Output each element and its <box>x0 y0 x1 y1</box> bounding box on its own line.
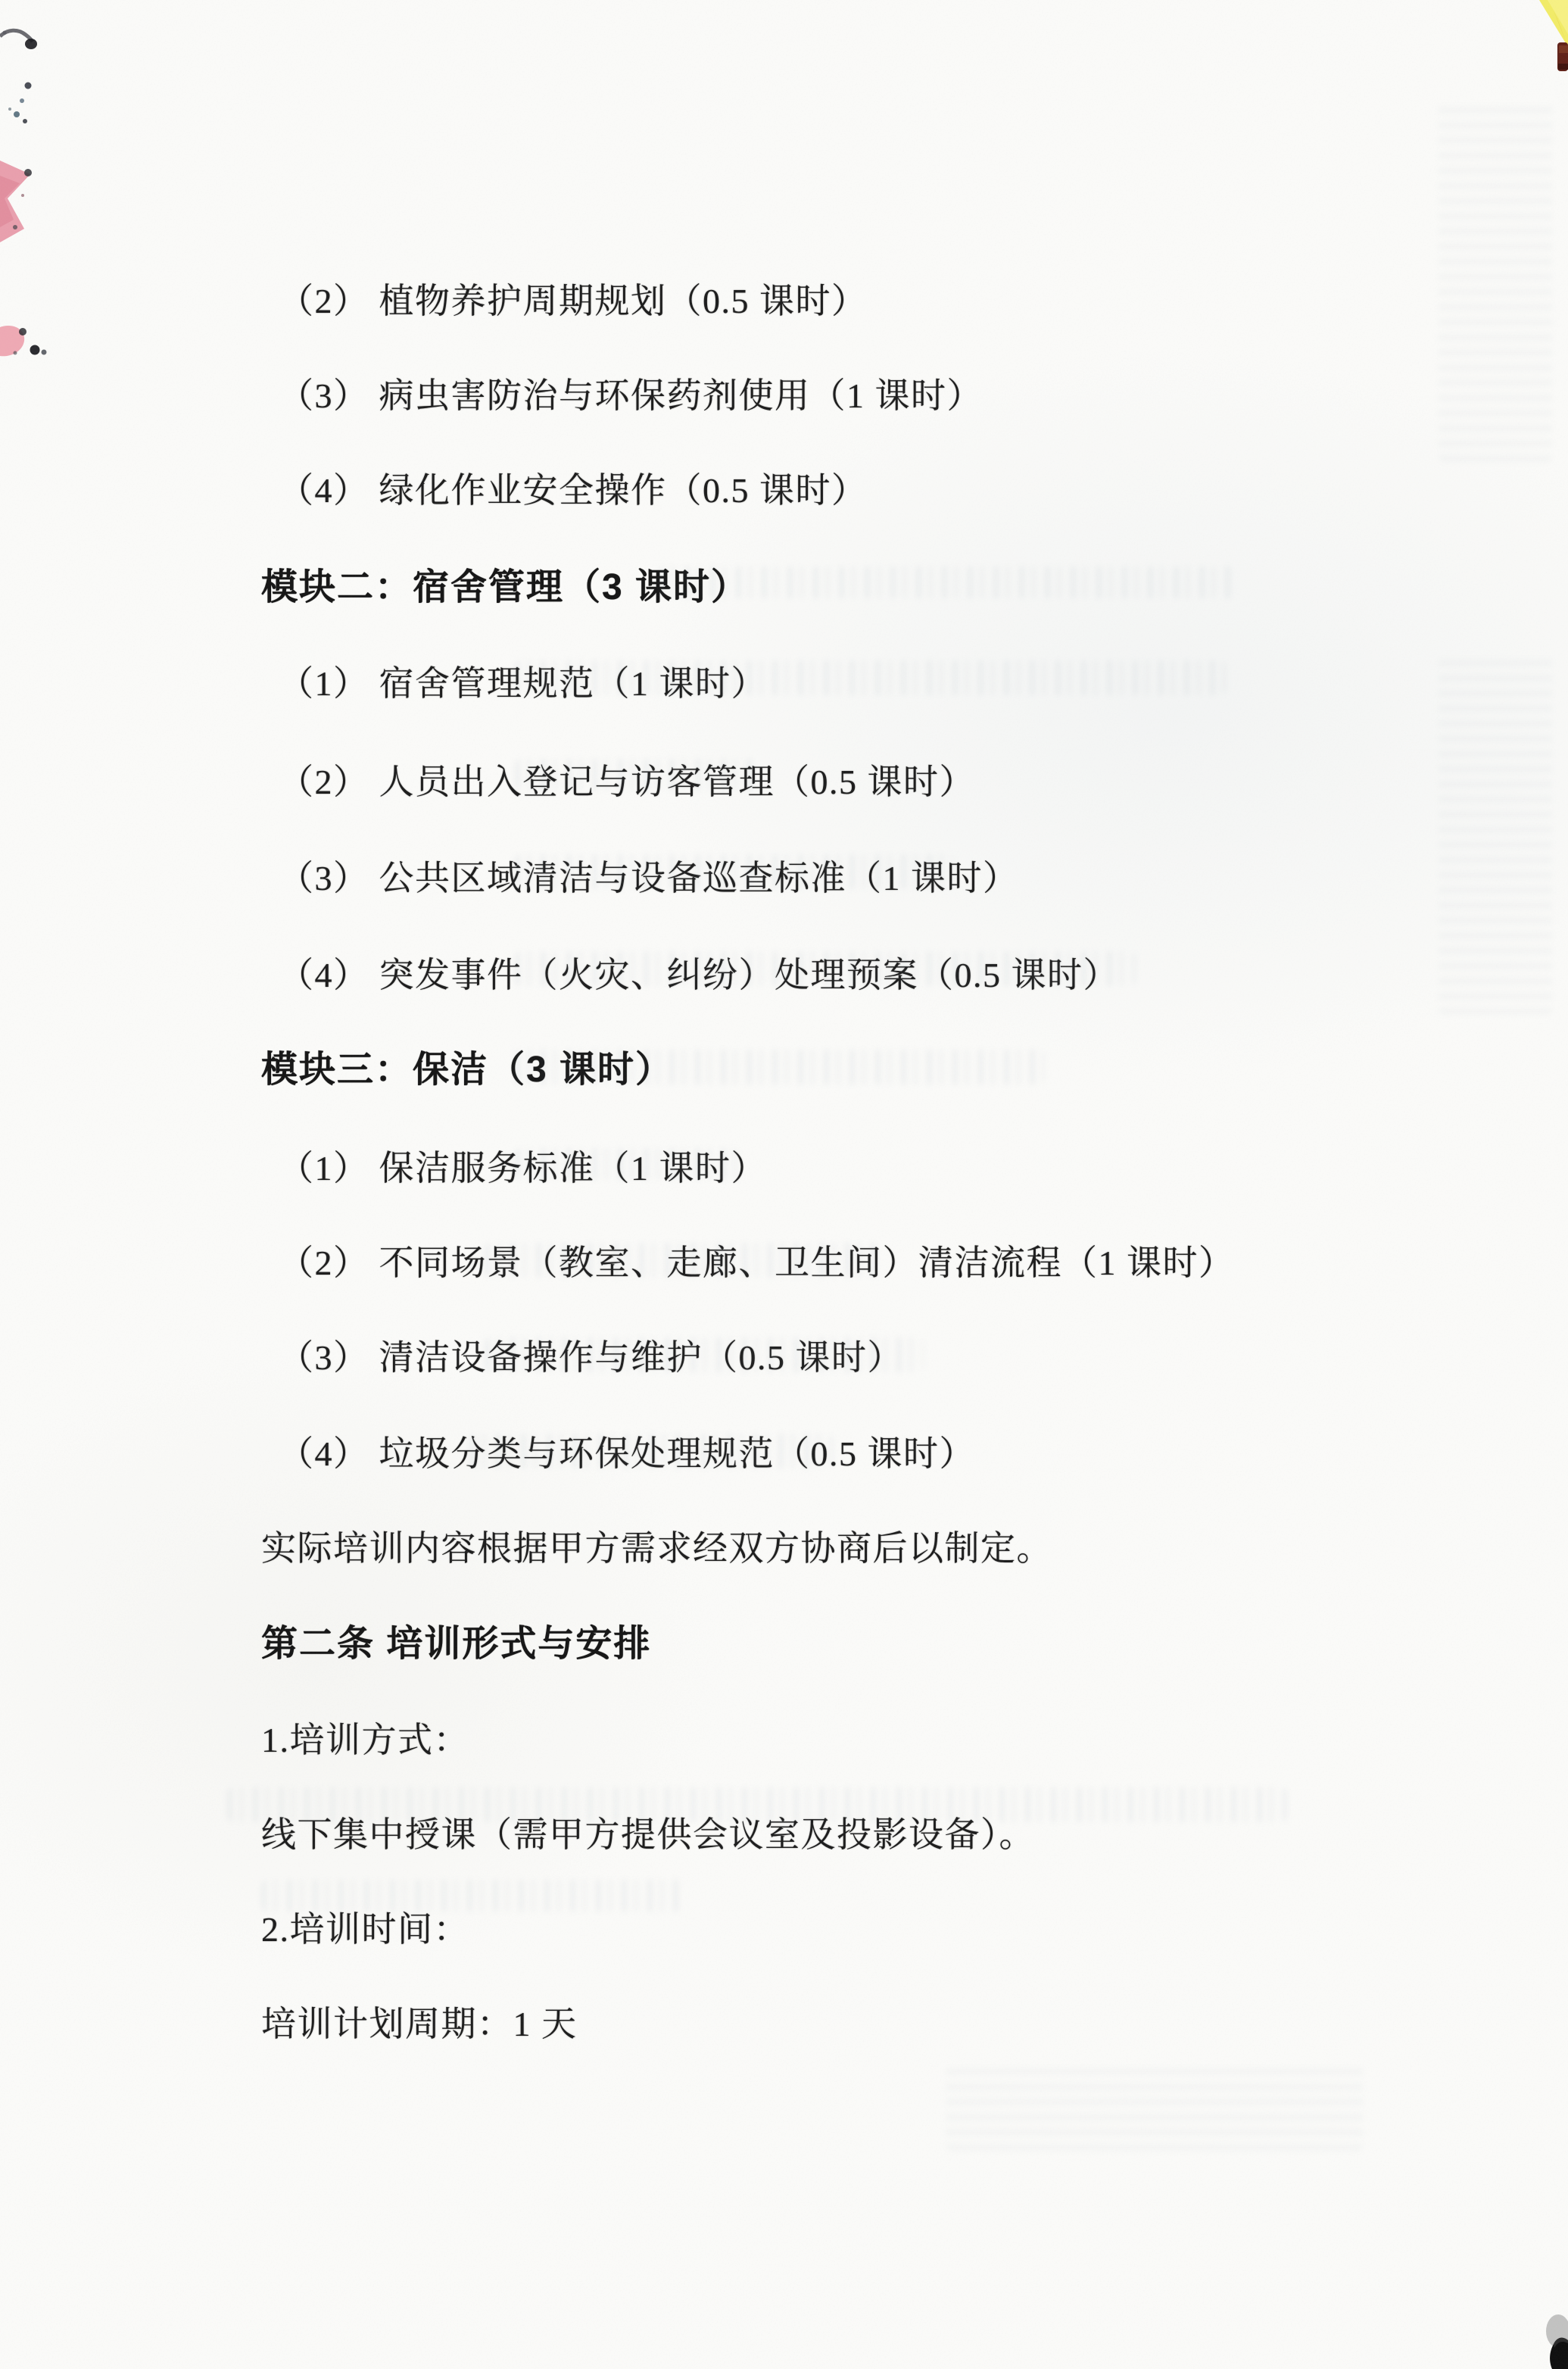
bleed-through-texture <box>1439 98 1552 462</box>
top-right-corner-marks <box>1514 0 1568 83</box>
note-paragraph: 实际培训内容根据甲方需求经双方协商后以制定。 <box>261 1526 1052 1572</box>
training-method-label: 1.培训方式： <box>261 1718 469 1763</box>
article-2-heading: 第二条 培训形式与安排 <box>261 1621 651 1667</box>
list-item: （4） 垃圾分类与环保处理规范（0.5 课时） <box>279 1431 975 1477</box>
bottom-right-corner-marks <box>1507 2302 1568 2369</box>
red-star-stamp-fragment <box>0 161 32 242</box>
scanned-document-page: （2） 植物养护周期规划（0.5 课时） （3） 病虫害防治与环保药剂使用（1 … <box>0 0 1568 2369</box>
training-time-label: 2.培训时间： <box>261 1907 469 1952</box>
bleed-through-texture <box>946 2060 1363 2151</box>
module-2-heading: 模块二：宿舍管理（3 课时） <box>261 565 749 610</box>
ink-dots-mark <box>8 83 32 124</box>
gray-smudge <box>1546 2314 1568 2348</box>
list-item: （3） 公共区域清洁与设备巡查标准（1 课时） <box>279 856 1019 901</box>
black-corner-blob <box>1550 2338 1568 2369</box>
bleed-through-texture <box>1439 651 1552 1015</box>
list-item: （2） 人员出入登记与访客管理（0.5 课时） <box>279 760 975 805</box>
maroon-stamp-mark <box>1557 42 1568 71</box>
pink-hook-mark <box>0 326 47 356</box>
yellow-corner-fold <box>1539 0 1568 47</box>
training-method-text: 线下集中授课（需甲方提供会议室及投影设备）。 <box>261 1812 1035 1858</box>
training-period-text: 培训计划周期：1 天 <box>261 2002 578 2047</box>
list-item: （4） 突发事件（火灾、纠纷）处理预案（0.5 课时） <box>279 953 1119 998</box>
list-item: （1） 保洁服务标准（1 课时） <box>279 1146 767 1191</box>
list-item: （3） 病虫害防治与环保药剂使用（1 课时） <box>279 373 983 419</box>
left-margin-marks <box>0 0 68 394</box>
list-item: （3） 清洁设备操作与维护（0.5 课时） <box>279 1335 903 1381</box>
list-item: （4） 绿化作业安全操作（0.5 课时） <box>279 468 868 513</box>
scan-noise-overlay <box>0 0 1568 2369</box>
module-3-heading: 模块三：保洁（3 课时） <box>261 1047 673 1093</box>
list-item: （2） 不同场景（教室、走廊、卫生间）清洁流程（1 课时） <box>279 1241 1235 1286</box>
list-item: （1） 宿舍管理规范（1 课时） <box>279 661 767 707</box>
list-item: （2） 植物养护周期规划（0.5 课时） <box>279 279 868 324</box>
ink-squiggle-mark <box>0 30 37 49</box>
